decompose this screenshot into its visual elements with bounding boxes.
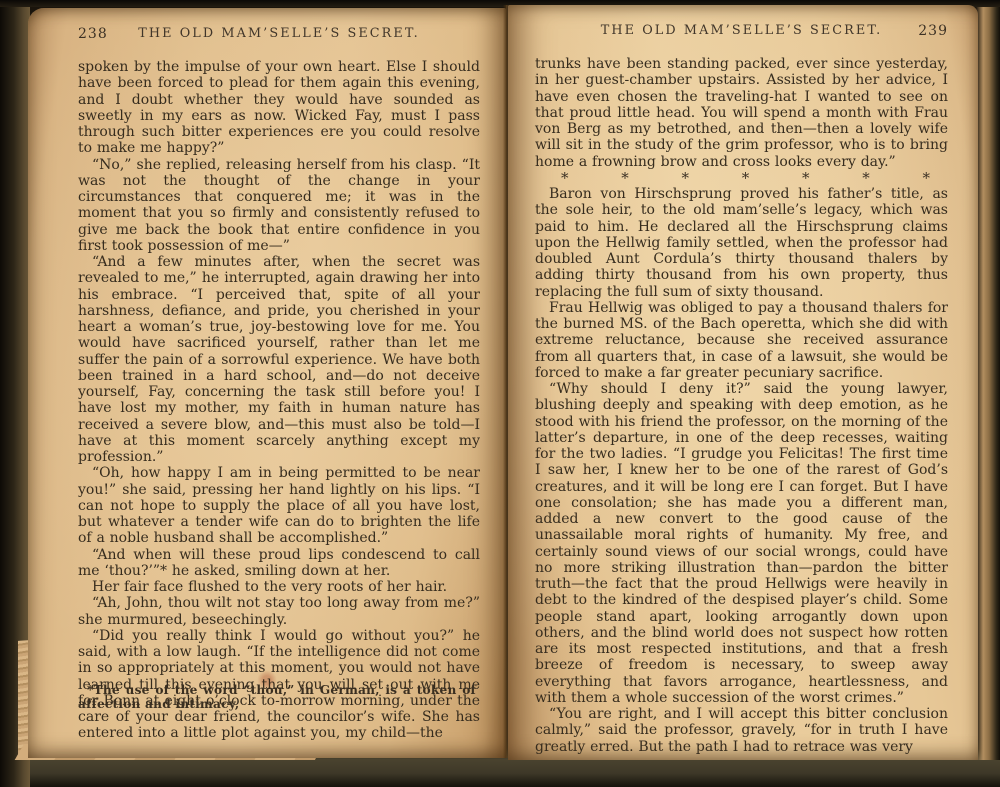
body-paragraph: “No,” she replied, releasing herself fro… (78, 157, 480, 255)
asterisk-glyph: * (742, 170, 750, 186)
footnote: *The use of the word “thou,” in German, … (78, 684, 476, 712)
left-page: 238 THE OLD MAM’SELLE’S SECRET. spoken b… (28, 8, 506, 758)
body-paragraph: “Oh, how happy I am in being permitted t… (78, 465, 480, 546)
asterisk-glyph: * (862, 170, 870, 186)
asterisk-glyph: * (923, 170, 931, 186)
body-paragraph: spoken by the impulse of your own heart.… (78, 59, 480, 157)
right-page-header: THE OLD MAM’SELLE’S SECRET. 239 (535, 23, 948, 45)
running-title-right: THE OLD MAM’SELLE’S SECRET. (535, 23, 948, 38)
asterisk-glyph: * (802, 170, 810, 186)
left-page-header: 238 THE OLD MAM’SELLE’S SECRET. (78, 26, 480, 48)
body-paragraph: Her fair face flushed to the very roots … (78, 579, 480, 595)
left-page-body: spoken by the impulse of your own heart.… (78, 59, 480, 742)
running-title-left: THE OLD MAM’SELLE’S SECRET. (78, 26, 480, 41)
body-paragraph: “Why should I deny it?” said the young l… (535, 381, 948, 706)
right-page: THE OLD MAM’SELLE’S SECRET. 239 trunks h… (508, 5, 978, 760)
asterisk-glyph: * (621, 170, 629, 186)
body-paragraph: Baron von Hirschsprung proved his father… (535, 186, 948, 300)
book-photo-scene: 238 THE OLD MAM’SELLE’S SECRET. spoken b… (0, 0, 1000, 787)
body-paragraph: “And a few minutes after, when the secre… (78, 254, 480, 465)
body-paragraph: Frau Hellwig was obliged to pay a thousa… (535, 300, 948, 381)
body-paragraph: “And when will these proud lips condesce… (78, 547, 480, 580)
page-fore-edge-right (976, 0, 1000, 760)
asterisk-glyph: * (561, 170, 569, 186)
body-paragraph: trunks have been standing packed, ever s… (535, 56, 948, 170)
body-paragraph: “You are right, and I will accept this b… (535, 706, 948, 755)
asterisk-glyph: * (682, 170, 690, 186)
page-number-right: 239 (918, 23, 948, 39)
right-page-body: trunks have been standing packed, ever s… (535, 56, 948, 755)
body-paragraph: “Ah, John, thou wilt not stay too long a… (78, 595, 480, 628)
section-separator-asterisks: ******* (535, 170, 948, 186)
